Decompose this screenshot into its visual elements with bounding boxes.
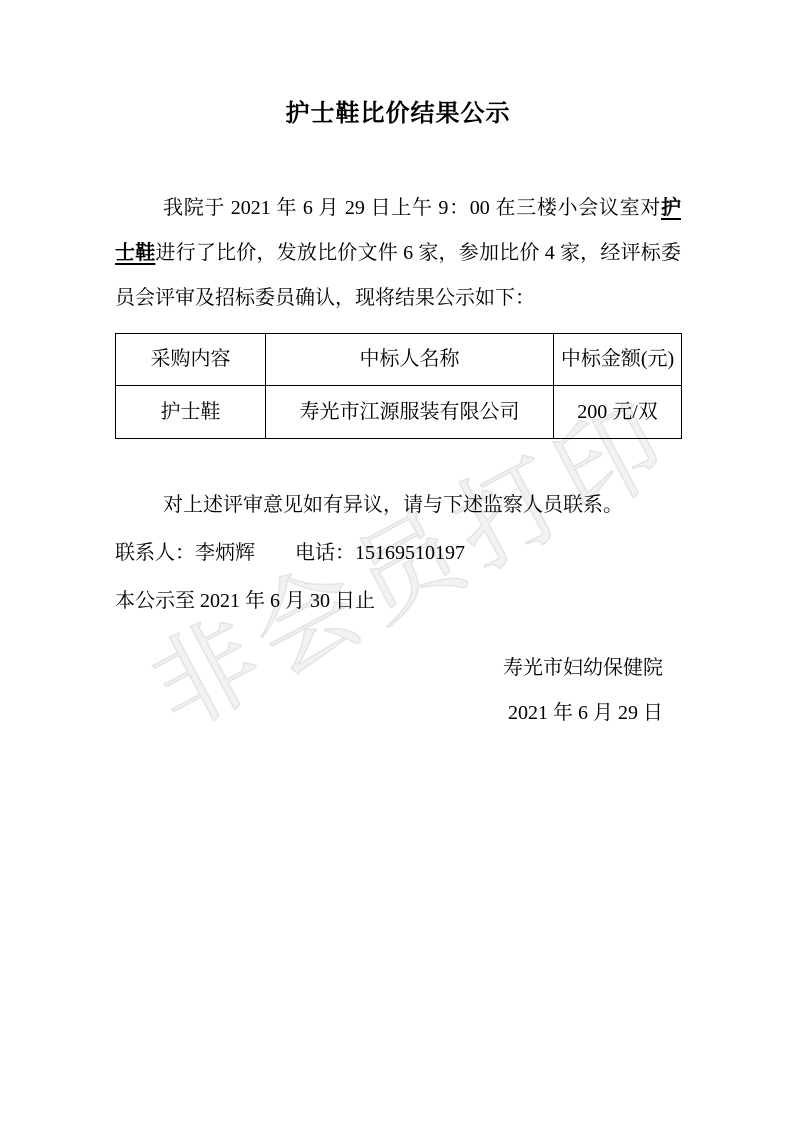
- header-winning-amount: 中标金额(元): [554, 334, 682, 386]
- intro-text-before: 我院于 2021 年 6 月 29 日上午 9：00 在三楼小会议室对: [163, 197, 661, 219]
- cell-winning-amount: 200 元/双: [554, 386, 682, 439]
- table-header-row: 采购内容 中标人名称 中标金额(元): [116, 334, 682, 386]
- header-procurement-content: 采购内容: [116, 334, 266, 386]
- cell-winning-bidder-name: 寿光市江源服装有限公司: [266, 386, 554, 439]
- cell-procurement-content: 护士鞋: [116, 386, 266, 439]
- table-row: 护士鞋 寿光市江源服装有限公司 200 元/双: [116, 386, 682, 439]
- document-content: 护士鞋比价结果公示 我院于 2021 年 6 月 29 日上午 9：00 在三楼…: [115, 0, 681, 736]
- intro-text-after: 进行了比价，发放比价文件 6 家，参加比价 4 家，经评标委员会评审及招标委员确…: [115, 242, 681, 309]
- bid-result-table: 采购内容 中标人名称 中标金额(元) 护士鞋 寿光市江源服装有限公司 200 元…: [115, 333, 682, 439]
- document-page: 非会员打印 护士鞋比价结果公示 我院于 2021 年 6 月 29 日上午 9：…: [0, 0, 793, 1122]
- signature-date: 2021 年 6 月 29 日: [115, 691, 663, 736]
- signature-organization: 寿光市妇幼保健院: [115, 646, 663, 691]
- signature-block: 寿光市妇幼保健院 2021 年 6 月 29 日: [115, 646, 681, 736]
- objection-notice: 对上述评审意见如有异议，请与下述监察人员联系。: [115, 483, 681, 528]
- intro-paragraph: 我院于 2021 年 6 月 29 日上午 9：00 在三楼小会议室对护士鞋进行…: [115, 186, 681, 321]
- page-title: 护士鞋比价结果公示: [115, 0, 681, 131]
- header-winning-bidder-name: 中标人名称: [266, 334, 554, 386]
- validity-line: 本公示至 2021 年 6 月 30 日止: [115, 579, 681, 624]
- contact-line: 联系人：李炳辉 电话：15169510197: [115, 531, 681, 576]
